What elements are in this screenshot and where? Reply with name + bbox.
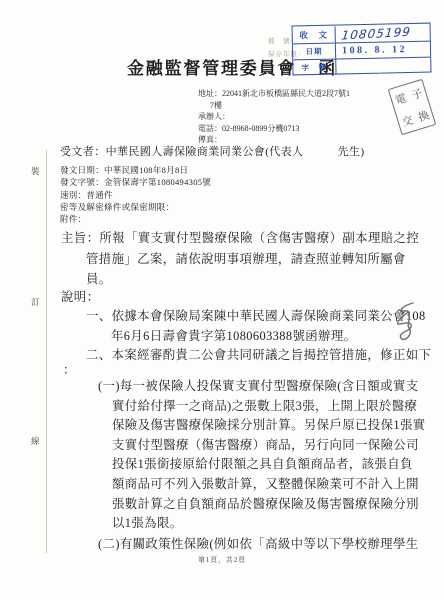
- ink-scribble-mark: [392, 299, 422, 354]
- description-sub1-line: (一)每一被保險人投保實支實付型醫療保險(含日額或實支: [98, 376, 419, 394]
- sender-info-block: 地址：22041新北市板橋區縣民大道2段7號1 7樓 承辦人： 電話：02-89…: [198, 88, 350, 146]
- handwritten-number: 10805199: [341, 24, 412, 42]
- subject-line: 管措施」乙案，請依說明事項辦理，請查照並轉知所屬會: [86, 249, 406, 267]
- page-footer: 第1頁，共2頁: [0, 554, 444, 564]
- meta-security: 密等及解密條件或保密期限：: [60, 201, 174, 213]
- description-item2-line: ：: [63, 360, 76, 378]
- exchange-stamp-char: 換: [413, 105, 434, 125]
- received-label: 收 文: [293, 26, 336, 43]
- binding-mark-ding: 訂: [31, 296, 40, 308]
- description-sub1-line: 以1張為限。: [112, 513, 183, 531]
- meta-doc-number: 發文字號：金管保壽字第1080494305號: [60, 176, 211, 188]
- meta-attachment: 附件：: [60, 213, 86, 225]
- exchange-stamp-char: 子: [406, 83, 427, 103]
- received-number-value: 10805199: [335, 23, 429, 43]
- description-sub1-line: 額商品可不列入張數計算，又整體保險業可不計入上開: [112, 474, 419, 492]
- binding-mark-zhuang: 裝: [31, 165, 40, 177]
- received-stamp-row: 收 文 10805199: [293, 24, 430, 44]
- sender-phone: 電話：02-8968-0899分機0713: [198, 123, 350, 135]
- received-date-label: 日期: [293, 44, 336, 60]
- description-heading: 說明：: [61, 287, 99, 305]
- subject-line: 員。: [86, 269, 112, 287]
- recipient-line: 受文者：中華民國人壽保險商業同業公會(代表人 先生): [60, 143, 365, 159]
- issuing-agency-name: 金融監督管理委員會: [127, 59, 296, 78]
- description-sub1-line: 實付給付擇一之商品)之張數上限3張，上開上限於醫療: [112, 396, 417, 414]
- official-letter-page: 檔 號： 保存年限： 收 文 10805199 日期 108. 8. 12 字 …: [0, 0, 444, 600]
- description-sub2-line: (二)有關政策性保險(例如依「高級中等以下學校辦理學生: [98, 534, 419, 552]
- description-sub1-line: 張數計算之自負額商品於醫療保險及傷害醫療保險分別: [112, 494, 419, 512]
- received-stamp: 收 文 10805199 日期 108. 8. 12 字 號: [291, 23, 431, 76]
- binding-margin-line: [46, 150, 47, 553]
- received-stamp-row: 字 號: [293, 57, 430, 75]
- sender-contact-person: 承辦人：: [198, 111, 350, 123]
- received-refno-label: 字 號: [293, 59, 336, 75]
- received-refno-value: [336, 65, 430, 67]
- description-sub1-line: 保險及傷害醫療保險採分別計算。另保戶原已投保1張實: [112, 415, 426, 433]
- description-item1-line: 一、依據本會保險局案陳中華民國人壽保險商業同業公會108: [86, 306, 426, 324]
- subject-line: 主旨：所報「實支實付型醫療保險（含傷害醫療）副本理賠之控: [61, 228, 419, 246]
- meta-issue-date: 發文日期：中華民國108年8月8日: [60, 164, 188, 176]
- received-date-value: 108. 8. 12: [336, 44, 430, 57]
- description-item1-line: 年6月6日壽會貴字第1080603388號函辦理。: [111, 326, 356, 344]
- binding-mark-xian: 線: [31, 435, 40, 447]
- sender-address-line2: 7樓: [198, 100, 350, 112]
- description-item2-line: 二、本案經審酌貴二公會共同研議之旨揭控管措施，修正如下: [86, 345, 431, 363]
- meta-priority: 速別：普通件: [60, 189, 113, 201]
- electronic-exchange-stamp: 電 子 交 換: [388, 79, 436, 135]
- sender-address-line1: 地址：22041新北市板橋區縣民大道2段7號1: [198, 88, 350, 100]
- description-sub1-line: 支實付型醫療（傷害醫療）商品，另行向同一保險公司: [112, 435, 419, 453]
- description-sub1-line: 投保1張銜接原給付限額之具自負額商品者，該張自負: [112, 454, 413, 472]
